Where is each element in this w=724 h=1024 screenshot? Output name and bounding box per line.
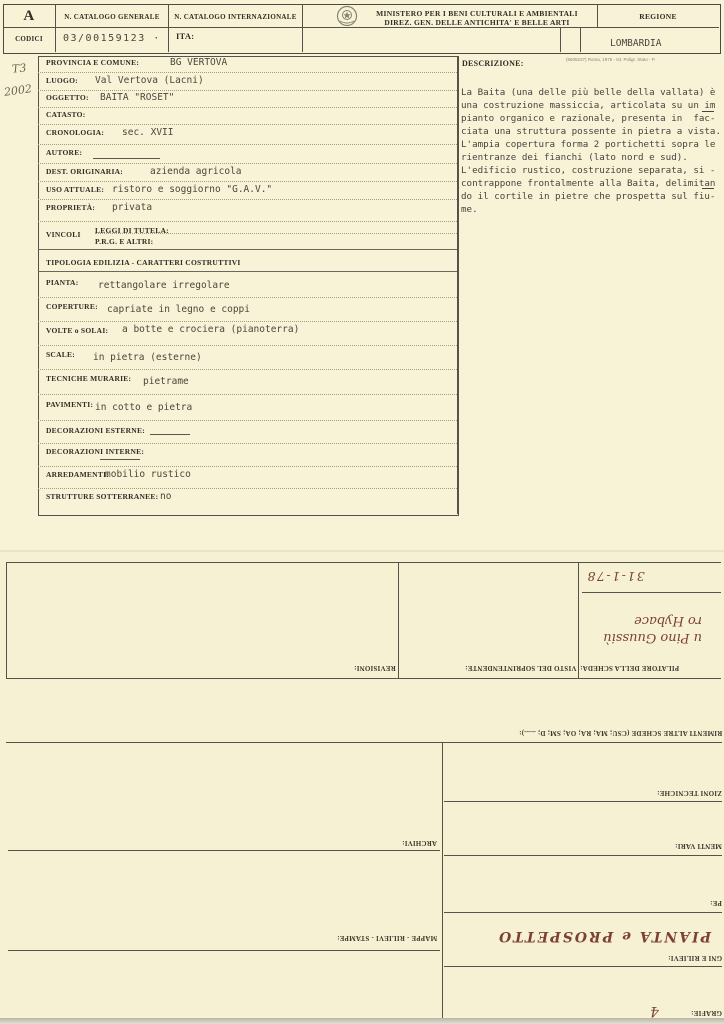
riferimenti-vari-label-fragment: MENTI VARI: (675, 842, 722, 850)
annotazioni-tecniche-label-fragment: ZIONI TECNICHE: (657, 789, 722, 797)
field-label: LUOGO: (46, 76, 78, 85)
field-label: CRONOLOGIA: (46, 128, 104, 137)
archivi-label: ARCHIVI: (402, 839, 437, 847)
field-pianta: PIANTA: rettangolare irregolare (38, 278, 457, 294)
reverse-band-bottom-line (6, 678, 721, 679)
row-separator (38, 488, 457, 489)
underline-mark (702, 111, 714, 112)
handwritten-signature: u Pino Guussiù ro Hybace (550, 612, 702, 646)
field-label: P.R.G. E ALTRI: (95, 237, 153, 246)
blank-underline (93, 158, 160, 159)
field-provincia: PROVINCIA E COMUNE: BG VERTOVA (38, 58, 457, 74)
field-label: SCALE: (46, 350, 75, 359)
header-col-line (560, 27, 561, 52)
handwritten-date: 31-1-78 (586, 569, 645, 584)
margin-note-2002: 2002 (3, 82, 33, 99)
catalogo-internazionale-label: N. CATALOGO INTERNAZIONALE (169, 13, 302, 21)
field-autore: AUTORE: (38, 148, 457, 164)
reverse-band-top-line (6, 562, 721, 563)
fotografie-label-fragment: GRAFIE: (691, 1009, 722, 1017)
row-separator (38, 420, 457, 421)
header-row-divider (3, 27, 719, 28)
ministero-line2: DIREZ. GEN. DELLE ANTICHITA' E BELLE ART… (358, 18, 596, 27)
row-separator (38, 466, 457, 467)
field-dest-originaria: DEST. ORIGINARIA: azienda agricola (38, 167, 457, 183)
field-value: a botte e crociera (pianoterra) (122, 324, 299, 335)
blank-underline (150, 434, 190, 435)
handwritten-pianta-prospetto: PIANTA e PROSPETTO (497, 928, 711, 944)
field-oggetto: OGGETTO: BAITA "ROSET" (38, 93, 457, 109)
header-col-line (302, 4, 303, 52)
header-col-line (580, 27, 581, 52)
field-proprieta: PROPRIETÀ: privata (38, 203, 457, 219)
reverse-field-line (444, 855, 722, 856)
row-separator (38, 144, 457, 145)
field-label: COPERTURE: (46, 302, 98, 311)
descrizione-label: DESCRIZIONE: (462, 59, 524, 68)
compilatore-label-fragment: PILATORE DELLA SCHEDA: (580, 664, 679, 672)
field-value: sec. XVII (122, 127, 173, 138)
signature-line1: u Pino Guussiù (550, 629, 702, 646)
revisioni-label: REVISIONI: (354, 664, 396, 672)
field-label: CATASTO: (46, 110, 86, 119)
header-col-line (168, 4, 169, 52)
scan-bottom-edge (0, 1018, 724, 1024)
field-coperture: COPERTURE: capriate in legno e coppi (38, 302, 457, 318)
printer-imprint: (5605237) Roma, 1975 - Ist. Poligr. Stat… (566, 57, 655, 62)
descrizione-text: La Baita (una delle più belle della vall… (461, 86, 719, 216)
codici-label: CODICI (3, 35, 55, 43)
reverse-field-line (8, 950, 440, 951)
field-arredamenti: ARREDAMENTI: mobilio rustico (38, 470, 457, 486)
field-label: TECNICHE MURARIE: (46, 374, 131, 383)
field-label: VOLTE o SOLAI: (46, 326, 108, 335)
field-value: capriate in legno e coppi (107, 304, 250, 315)
field-uso-attuale: USO ATTUALE: ristoro e soggiorno "G.A.V.… (38, 185, 457, 201)
field-label: PAVIMENTI: (46, 400, 93, 409)
row-separator (38, 345, 457, 346)
row-separator (38, 321, 457, 322)
field-value: azienda agricola (150, 166, 242, 177)
ministero-line1: MINISTERO PER I BENI CULTURALI E AMBIENT… (358, 9, 596, 18)
field-label: USO ATTUALE: (46, 185, 104, 194)
blank-underline (100, 459, 140, 460)
reverse-column-divider (442, 742, 443, 1024)
row-separator (38, 221, 457, 222)
section-header: TIPOLOGIA EDILIZIA - CARATTERI COSTRUTTI… (46, 258, 241, 267)
handwritten-photo-count: 4 (650, 1003, 659, 1019)
date-underline (582, 592, 721, 593)
section-tipologia: TIPOLOGIA EDILIZIA - CARATTERI COSTRUTTI… (38, 258, 457, 274)
signature-line2: ro Hybace (550, 612, 702, 629)
field-value: no (160, 491, 171, 502)
description-divider (457, 56, 458, 514)
state-emblem-icon (336, 5, 358, 27)
field-value: mobilio rustico (105, 469, 191, 480)
field-label: DECORAZIONI INTERNE: (46, 447, 144, 456)
row-separator (38, 369, 457, 370)
field-value: pietrame (143, 376, 189, 387)
field-value: in cotto e pietra (95, 402, 192, 413)
row-separator (38, 297, 457, 298)
reverse-field-line (444, 912, 722, 913)
field-label: DEST. ORIGINARIA: (46, 167, 123, 176)
field-catasto: CATASTO: (38, 110, 457, 126)
field-label: STRUTTURE SOTTERRANEE: (46, 492, 158, 501)
visto-soprintendente-label: VISTO DEL SOPRINTENDENTE: (465, 664, 576, 672)
field-value: BAITA "ROSET" (100, 92, 174, 103)
margin-note-t3: T3 (11, 61, 27, 75)
field-decorazioni-esterne: DECORAZIONI ESTERNE: (38, 426, 457, 442)
field-label: OGGETTO: (46, 93, 89, 102)
field-decorazioni-interne: DECORAZIONI INTERNE: (38, 447, 457, 463)
mappe-rilievi-stampe-label: MAPPE - RILIEVI - STAMPE: (337, 934, 437, 942)
reverse-band-left-line (6, 562, 7, 678)
field-value: rettangolare irregolare (98, 280, 230, 291)
reverse-field-line (444, 801, 722, 802)
sheet-seam (0, 550, 724, 552)
field-label: PIANTA: (46, 278, 78, 287)
field-label: DECORAZIONI ESTERNE: (46, 426, 145, 435)
regione-value: LOMBARDIA (610, 38, 661, 49)
underline-mark (702, 188, 714, 189)
field-label: PROPRIETÀ: (46, 203, 95, 212)
altre-schede-label-fragment: RIMENTI ALTRE SCHEDE (CSU; MA; RA; OA; S… (519, 729, 722, 737)
field-value: BG VERTOVA (170, 57, 227, 68)
field-volte-solai: VOLTE o SOLAI: a botte e crociera (piano… (38, 326, 457, 342)
field-tecniche-murarie: TECNICHE MURARIE: pietrame (38, 374, 457, 390)
field-scale: SCALE: in pietra (esterne) (38, 350, 457, 366)
field-value: ristoro e soggiorno "G.A.V." (112, 184, 272, 195)
field-pavimenti: PAVIMENTI: in cotto e pietra (38, 400, 457, 416)
field-cronologia: CRONOLOGIA: sec. XVII (38, 128, 457, 144)
field-label: LEGGI DI TUTELA: (95, 226, 169, 235)
disegni-rilievi-label-fragment: GNI E RILIEVI: (668, 954, 722, 962)
field-label: AUTORE: (46, 148, 82, 157)
field-value: privata (112, 202, 152, 213)
field-vincoli-prg: P.R.G. E ALTRI: (38, 237, 457, 253)
field-label: ARREDAMENTI: (46, 470, 109, 479)
field-value: Val Vertova (Lacni) (95, 75, 204, 86)
catalogo-generale-label: N. CATALOGO GENERALE (56, 13, 168, 21)
stampe-label-fragment: PE: (710, 899, 722, 907)
scanned-catalog-form: A N. CATALOGO GENERALE N. CATALOGO INTER… (0, 0, 724, 1024)
regione-label: REGIONE (598, 12, 718, 21)
field-label: PROVINCIA E COMUNE: (46, 58, 139, 67)
ita-label: ITA: (176, 31, 194, 41)
field-luogo: LUOGO: Val Vertova (Lacni) (38, 76, 457, 92)
header-col-line (55, 4, 56, 52)
reverse-band-divider (398, 562, 399, 678)
reverse-field-line (8, 850, 440, 851)
catalog-number-value: 03/00159123 · (63, 33, 161, 44)
reverse-section-line (6, 742, 722, 743)
reverse-field-line (444, 966, 722, 967)
row-separator (38, 443, 457, 444)
form-type-letter: A (3, 8, 55, 25)
row-separator (38, 394, 457, 395)
field-value: in pietra (esterne) (93, 352, 202, 363)
field-strutture-sotterranee: STRUTTURE SOTTERRANEE: no (38, 492, 457, 508)
